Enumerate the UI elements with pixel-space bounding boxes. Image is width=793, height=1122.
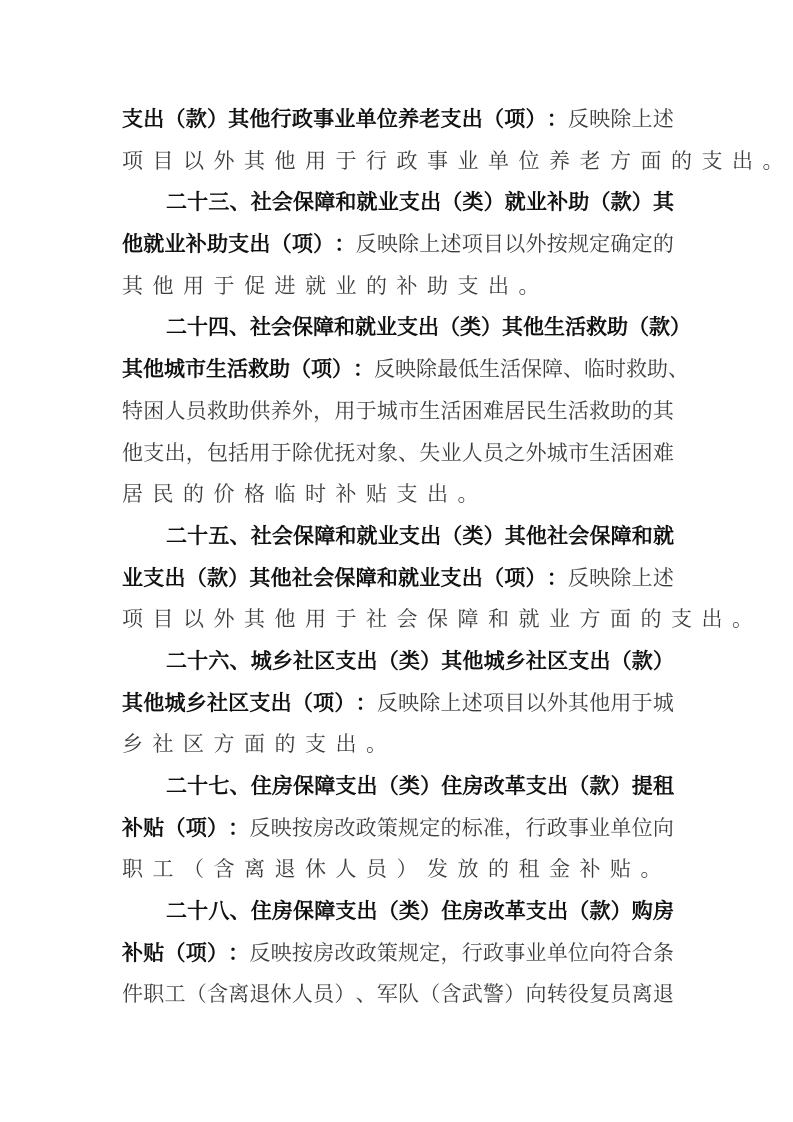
heading-char: 会	[272, 182, 293, 224]
body-char: 房	[313, 933, 334, 975]
heading-char: ）	[611, 766, 632, 808]
heading-char: 二	[166, 516, 187, 558]
heading-char: 款	[207, 558, 228, 600]
heading-char: 类	[399, 891, 420, 933]
heading-char: 就	[143, 224, 164, 266]
heading-char: 支	[335, 641, 356, 683]
body-char: 促	[244, 266, 275, 308]
heading-char: （	[483, 558, 504, 600]
heading-char: 障	[611, 516, 632, 558]
text-line: 二十八、住房保障支出（类）住房改革支出（款）购房	[122, 891, 674, 933]
body-char: 目	[483, 224, 504, 266]
heading-char: 业	[526, 182, 547, 224]
body-char: 行	[366, 141, 397, 183]
body-char: 人	[164, 391, 185, 433]
heading-char: 老	[419, 99, 440, 141]
body-char: 定	[589, 224, 610, 266]
body-char: 居	[122, 474, 153, 516]
text-line: 件职工（含离退休人员）、军队（含武警）向转役复员离退	[122, 974, 674, 1016]
heading-char: （	[628, 307, 649, 349]
heading-char: 住	[251, 891, 272, 933]
body-char: 位	[632, 808, 653, 850]
heading-char: 支	[441, 558, 462, 600]
body-char: 时	[305, 474, 336, 516]
heading-char: 二	[166, 182, 187, 224]
body-char: 就	[519, 599, 550, 641]
body-char: 政	[356, 808, 377, 850]
heading-char: 障	[356, 558, 377, 600]
body-char: 包	[207, 433, 228, 475]
body-char: 出	[336, 724, 367, 766]
document-page: 支出（款）其他行政事业单位养老支出（项）：反映除上述项目以外其他用于行政事业单位…	[0, 0, 793, 1122]
body-char: 的	[488, 849, 519, 891]
body-char: 租	[519, 849, 550, 891]
body-char: 上	[441, 683, 462, 725]
body-char: 除	[610, 99, 631, 141]
body-char: 离	[244, 849, 275, 891]
heading-char: ：	[547, 99, 568, 141]
heading-char: ）	[525, 558, 546, 600]
body-char: 。	[519, 266, 550, 308]
body-char: 以	[183, 599, 214, 641]
body-char: 外	[525, 224, 546, 266]
body-char: 生	[419, 391, 440, 433]
body-char: 于	[336, 599, 367, 641]
body-char: 助	[647, 349, 668, 391]
heading-char: ）	[313, 224, 334, 266]
heading-char: 业	[334, 99, 355, 141]
body-char: 困	[143, 391, 164, 433]
heading-char: （	[568, 891, 589, 933]
body-char: 反	[568, 558, 589, 600]
body-char: 困	[632, 433, 653, 475]
heading-char: 助	[607, 307, 628, 349]
heading-char: 项	[292, 224, 313, 266]
body-char: 目	[153, 599, 184, 641]
body-char: 用	[305, 599, 336, 641]
heading-char: 补	[547, 182, 568, 224]
body-char: 武	[462, 974, 483, 1016]
body-char: 映	[589, 99, 610, 141]
heading-char: 障	[314, 891, 335, 933]
heading-char: （	[292, 683, 313, 725]
heading-char: 其	[502, 307, 523, 349]
body-char: 居	[504, 391, 525, 433]
heading-char: 会	[313, 558, 334, 600]
body-char: 员	[313, 974, 334, 1016]
text-line: 业支出（款）其他社会保障和就业支出（项）：反映除上述	[122, 558, 674, 600]
body-char: 目	[504, 683, 525, 725]
heading-char: 业	[376, 307, 397, 349]
body-char: 上	[419, 224, 440, 266]
body-char: 政	[397, 141, 428, 183]
heading-char: 三	[208, 182, 229, 224]
heading-char: 十	[187, 307, 208, 349]
heading-char: 八	[208, 891, 229, 933]
heading-char: 他	[249, 99, 270, 141]
heading-char: 社	[251, 182, 272, 224]
body-char: 含	[214, 849, 245, 891]
heading-char: 出	[420, 182, 441, 224]
heading-char: ：	[334, 224, 355, 266]
body-char: 活	[500, 349, 521, 391]
body-char: 定	[419, 808, 440, 850]
heading-char: ）	[420, 891, 441, 933]
heading-char: 支	[335, 766, 356, 808]
body-char: ，	[186, 433, 207, 475]
body-char: 于	[632, 683, 653, 725]
body-char: 策	[377, 933, 398, 975]
body-char: 人	[336, 849, 367, 891]
heading-char: ）	[207, 933, 228, 975]
text-line: 二十五、社会保障和就业支出（类）其他社会保障和就	[122, 516, 674, 558]
body-char: 反	[249, 933, 270, 975]
heading-char: 、	[230, 182, 251, 224]
heading-char: ：	[547, 558, 568, 600]
heading-char: ）	[207, 99, 228, 141]
heading-char: 出	[357, 766, 378, 808]
body-char: 事	[427, 141, 458, 183]
heading-char: 和	[335, 182, 356, 224]
body-char: 括	[228, 433, 249, 475]
body-char: ，	[313, 391, 334, 433]
text-line: 其他城市生活救助（项）：反映除最低生活保障、临时救助、	[122, 349, 674, 391]
heading-char: 事	[313, 99, 334, 141]
heading-char: 、	[230, 641, 251, 683]
body-char: 业	[336, 266, 367, 308]
body-char: 进	[275, 266, 306, 308]
body-char: 项	[483, 683, 504, 725]
body-char: 生	[479, 349, 500, 391]
body-char: 按	[292, 808, 313, 850]
body-char: 方	[580, 599, 611, 641]
body-char: 退	[249, 974, 270, 1016]
body-char: 述	[441, 224, 462, 266]
body-char: 行	[525, 808, 546, 850]
heading-char: 助	[568, 182, 589, 224]
heading-char: 补	[186, 224, 207, 266]
body-char: 供	[249, 391, 270, 433]
body-char: 单	[488, 141, 519, 183]
body-char: 目	[153, 141, 184, 183]
heading-char: 他	[143, 349, 164, 391]
heading-char: 支	[122, 99, 143, 141]
body-char: 队	[398, 974, 419, 1016]
body-char: 他	[275, 599, 306, 641]
body-char: 最	[437, 349, 458, 391]
heading-char: 七	[208, 766, 229, 808]
heading-char: 保	[293, 766, 314, 808]
heading-char: 他	[122, 224, 143, 266]
heading-char: 二	[166, 891, 187, 933]
heading-char: 区	[547, 641, 568, 683]
body-char: 他	[153, 266, 184, 308]
body-char: ，	[504, 808, 525, 850]
heading-char: 类	[460, 307, 481, 349]
heading-char: ）	[670, 307, 691, 349]
body-char: 市	[398, 391, 419, 433]
body-char: 于	[336, 141, 367, 183]
heading-char: 二	[166, 641, 187, 683]
heading-char: 业	[419, 558, 440, 600]
body-char: 含	[207, 974, 228, 1016]
body-char: 用	[183, 266, 214, 308]
body-char: 军	[377, 974, 398, 1016]
heading-char: ：	[228, 808, 249, 850]
body-char: 救	[626, 349, 647, 391]
body-char: 保	[521, 349, 542, 391]
body-char: 行	[462, 933, 483, 975]
body-char: 事	[568, 808, 589, 850]
body-char: 离	[228, 974, 249, 1016]
body-char: 助	[228, 391, 249, 433]
heading-char: 会	[568, 516, 589, 558]
body-char: 的	[441, 808, 462, 850]
heading-char: 城	[164, 349, 185, 391]
body-char: 复	[589, 974, 610, 1016]
heading-char: 社	[547, 516, 568, 558]
heading-char: 出	[547, 891, 568, 933]
body-char: 政	[356, 933, 377, 975]
heading-char: 会	[271, 307, 292, 349]
body-char: 合	[632, 933, 653, 975]
body-char: 出	[427, 474, 458, 516]
heading-char: 十	[187, 766, 208, 808]
body-char: 区	[183, 724, 214, 766]
body-char: 准	[483, 808, 504, 850]
body-char: 业	[458, 141, 489, 183]
body-char: 人	[292, 974, 313, 1016]
heading-char: 十	[187, 641, 208, 683]
heading-char: 其	[122, 683, 143, 725]
body-char: 策	[377, 808, 398, 850]
body-char: 难	[653, 433, 674, 475]
heading-char: 区	[314, 641, 335, 683]
body-char: 发	[427, 849, 458, 891]
body-char: 城	[547, 433, 568, 475]
body-char: 救	[589, 391, 610, 433]
heading-char: 活	[227, 349, 248, 391]
body-char: 支	[305, 724, 336, 766]
body-char: 市	[568, 433, 589, 475]
heading-char: 、	[230, 766, 251, 808]
heading-char: 业	[122, 558, 143, 600]
heading-char: 项	[504, 99, 525, 141]
body-char: 价	[214, 474, 245, 516]
heading-char: 他	[271, 558, 292, 600]
heading-char: ）	[632, 182, 653, 224]
heading-char: 类	[399, 766, 420, 808]
heading-char: ：	[228, 933, 249, 975]
heading-char: 款	[611, 182, 632, 224]
heading-char: 十	[187, 891, 208, 933]
body-char: 用	[305, 141, 336, 183]
heading-char: 其	[228, 99, 249, 141]
heading-char: 活	[565, 307, 586, 349]
body-char: 、	[356, 974, 377, 1016]
heading-char: ）	[334, 683, 355, 725]
body-char: 障	[458, 599, 489, 641]
heading-char: 二	[166, 307, 187, 349]
heading-char: 市	[185, 349, 206, 391]
heading-char: 业	[164, 224, 185, 266]
heading-char: 乡	[505, 641, 526, 683]
body-char: 事	[504, 933, 525, 975]
heading-char: 他	[462, 641, 483, 683]
heading-char: 租	[653, 766, 674, 808]
heading-char: 十	[187, 516, 208, 558]
heading-char: 出	[271, 683, 292, 725]
body-char: 定	[419, 933, 440, 975]
heading-char: 出	[143, 99, 164, 141]
heading-char: 其	[505, 516, 526, 558]
heading-char: ）	[484, 516, 505, 558]
body-char: 。	[732, 599, 763, 641]
heading-char: （	[378, 891, 399, 933]
heading-char: ）	[332, 349, 353, 391]
body-char: 外	[547, 683, 568, 725]
body-char: 支	[397, 474, 428, 516]
body-char: 含	[441, 974, 462, 1016]
body-char: 业	[549, 599, 580, 641]
body-char: 述	[653, 558, 674, 600]
body-char: 映	[589, 558, 610, 600]
body-char: 改	[334, 933, 355, 975]
body-char: 反	[377, 683, 398, 725]
body-char: 述	[462, 683, 483, 725]
body-char: 难	[483, 391, 504, 433]
body-char: 规	[398, 808, 419, 850]
body-char: 格	[244, 474, 275, 516]
heading-char: 其	[653, 182, 674, 224]
heading-char: 支	[249, 683, 270, 725]
body-char: 保	[427, 599, 458, 641]
body-char: 按	[292, 933, 313, 975]
heading-char: 项	[313, 683, 334, 725]
heading-char: 生	[206, 349, 227, 391]
heading-char: （	[164, 99, 185, 141]
heading-char: 补	[122, 808, 143, 850]
heading-char: 社	[526, 641, 547, 683]
body-char: 员	[610, 974, 631, 1016]
body-char: 役	[568, 974, 589, 1016]
body-char: 政	[483, 933, 504, 975]
heading-char: 生	[544, 307, 565, 349]
heading-char: （	[441, 516, 462, 558]
body-char: 补	[336, 474, 367, 516]
body-char: 离	[632, 974, 653, 1016]
body-char: 员	[483, 433, 504, 475]
body-char: 其	[244, 599, 275, 641]
body-char: 位	[568, 933, 589, 975]
heading-char: ）	[611, 891, 632, 933]
body-char: 其	[568, 683, 589, 725]
body-char: 民	[525, 391, 546, 433]
heading-char: 款	[589, 766, 610, 808]
heading-char: 房	[653, 891, 674, 933]
heading-char: 助	[207, 224, 228, 266]
body-char: 警	[483, 974, 504, 1016]
heading-char: 其	[249, 558, 270, 600]
heading-char: 救	[248, 349, 269, 391]
heading-char: 项	[186, 808, 207, 850]
body-char: 生	[547, 391, 568, 433]
heading-char: 出	[547, 766, 568, 808]
heading-char: 提	[632, 766, 653, 808]
body-char: 于	[214, 266, 245, 308]
body-char: 外	[292, 391, 313, 433]
heading-char: 单	[356, 99, 377, 141]
heading-char: 行	[271, 99, 292, 141]
body-char: 改	[334, 808, 355, 850]
body-char: 社	[153, 724, 184, 766]
body-char: 政	[547, 808, 568, 850]
body-char: 民	[153, 474, 184, 516]
heading-char: 贴	[143, 933, 164, 975]
body-char: 失	[419, 433, 440, 475]
body-char: 上	[632, 99, 653, 141]
heading-char: 社	[251, 516, 272, 558]
heading-char: 、	[229, 307, 250, 349]
heading-char: 出	[249, 224, 270, 266]
heading-char: 其	[441, 641, 462, 683]
heading-char: 购	[632, 891, 653, 933]
body-char: 规	[568, 224, 589, 266]
heading-char: 支	[526, 766, 547, 808]
body-char: 向	[653, 808, 674, 850]
text-line: 其他用于促进就业的补助支出。	[122, 266, 674, 308]
body-char: 特	[122, 391, 143, 433]
heading-char: 、	[230, 891, 251, 933]
heading-char: 位	[377, 99, 398, 141]
text-line: 他支出，包括用于除优抚对象、失业人员之外城市生活困难	[122, 433, 674, 475]
heading-char: 社	[207, 683, 228, 725]
heading-char: 业	[378, 516, 399, 558]
heading-char: 就	[357, 516, 378, 558]
heading-char: 他	[143, 683, 164, 725]
heading-char: 出	[164, 558, 185, 600]
body-char: 。	[641, 849, 672, 891]
heading-char: 支	[568, 641, 589, 683]
heading-char: 贴	[143, 808, 164, 850]
body-char: 反	[249, 808, 270, 850]
body-char: 除	[292, 433, 313, 475]
body-char: 、	[668, 349, 689, 391]
body-char: 乡	[122, 724, 153, 766]
heading-char: （	[186, 558, 207, 600]
body-char: 项	[122, 141, 153, 183]
body-char: 按	[547, 224, 568, 266]
text-line: 项目以外其他用于社会保障和就业方面的支出。	[122, 599, 674, 641]
heading-char: 乡	[272, 641, 293, 683]
heading-char: （	[378, 766, 399, 808]
heading-char: ）	[207, 808, 228, 850]
body-char: 贴	[610, 849, 641, 891]
heading-char: 保	[293, 182, 314, 224]
heading-char: 养	[398, 99, 419, 141]
body-char: 助	[610, 391, 631, 433]
body-char: 方	[610, 141, 641, 183]
heading-char: 出	[357, 641, 378, 683]
body-char: 向	[525, 974, 546, 1016]
body-char: 映	[377, 224, 398, 266]
body-char: 抚	[334, 433, 355, 475]
heading-char: 支	[228, 224, 249, 266]
body-char: 位	[519, 141, 550, 183]
heading-char: 、	[230, 516, 251, 558]
heading-char: 六	[208, 641, 229, 683]
body-char: 除	[610, 558, 631, 600]
